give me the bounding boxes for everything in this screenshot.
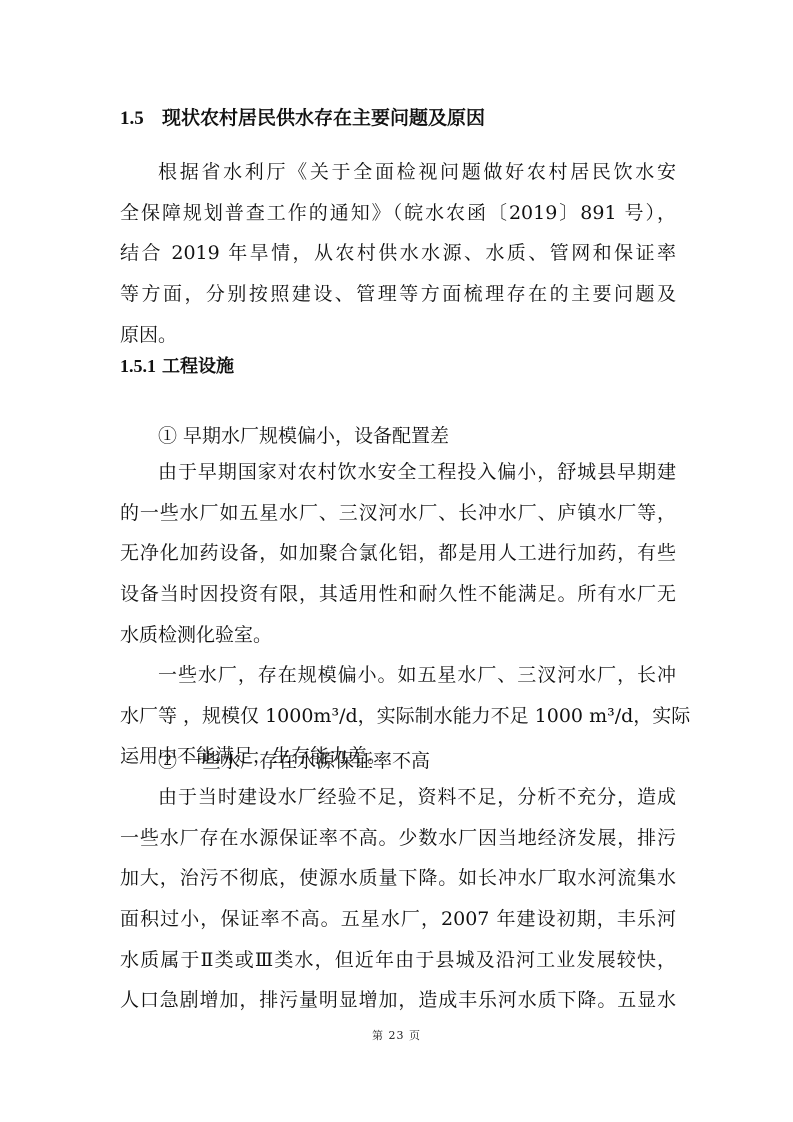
item-1-paragraph-1: 由于早期国家对农村饮水安全工程投入偏小，舒城县早期建 的一些水厂如五星水厂、三汊… xyxy=(120,452,676,655)
intro-paragraph: 根据省水利厅《关于全面检视问题做好农村居民饮水安 全保障规划普查工作的通知》（皖… xyxy=(120,152,676,355)
text-line: 无净化加药设备，如加聚合氯化铝，都是用人工进行加药，有些 xyxy=(120,533,676,574)
text-line: 加大，治污不彻底，使源水质量下降。如长冲水厂取水河流集水 xyxy=(120,858,676,899)
text-line: 水质检测化验室。 xyxy=(120,615,676,656)
text-line: 由于当时建设水厂经验不足，资料不足，分析不充分，造成 xyxy=(120,777,676,818)
text-line: 等方面，分别按照建设、管理等方面梳理存在的主要问题及 xyxy=(120,274,676,315)
text-line: 一些水厂，存在规模偏小。如五星水厂、三汊河水厂，长冲 xyxy=(120,655,676,696)
text-line: 一些水厂存在水源保证率不高。少数水厂因当地经济发展，排污 xyxy=(120,818,676,859)
section-number: 1.5 xyxy=(120,108,162,130)
text-line: 结合 2019 年旱情，从农村供水水源、水质、管网和保证率 xyxy=(120,233,676,274)
text-line: 水质属于Ⅱ类或Ⅲ类水，但近年由于县城及沿河工业发展较快， xyxy=(120,940,676,981)
document-page: 1.5现状农村居民供水存在主要问题及原因 根据省水利厅《关于全面检视问题做好农村… xyxy=(0,0,793,1122)
subsection-number: 1.5.1 xyxy=(120,356,156,376)
section-heading: 1.5现状农村居民供水存在主要问题及原因 xyxy=(120,103,485,130)
item-1-title: ① 早期水厂规模偏小，设备配置差 xyxy=(158,421,449,448)
item-2-paragraph-1: 由于当时建设水厂经验不足，资料不足，分析不充分，造成 一些水厂存在水源保证率不高… xyxy=(120,777,676,1021)
subsection-heading: 1.5.1工程设施 xyxy=(120,352,234,378)
text-line: 原因。 xyxy=(120,315,676,356)
text-line: 根据省水利厅《关于全面检视问题做好农村居民饮水安 xyxy=(120,152,676,193)
page-number: 第 23 页 xyxy=(0,1027,793,1043)
text-line: 全保障规划普查工作的通知》（皖水农函〔2019〕891 号）， xyxy=(120,193,676,234)
text-line: 的一些水厂如五星水厂、三汊河水厂、长冲水厂、庐镇水厂等， xyxy=(120,493,676,534)
subsection-title: 工程设施 xyxy=(162,356,234,377)
text-line: 人口急剧增加，排污量明显增加，造成丰乐河水质下降。五显水 xyxy=(120,980,676,1021)
text-line: 设备当时因投资有限，其适用性和耐久性不能满足。所有水厂无 xyxy=(120,574,676,615)
text-line: 水厂等 ，规模仅 1000m³/d，实际制水能力不足 1000 m³/d，实际 xyxy=(120,696,676,737)
section-title: 现状农村居民供水存在主要问题及原因 xyxy=(162,107,485,129)
text-line: 由于早期国家对农村饮水安全工程投入偏小，舒城县早期建 xyxy=(120,452,676,493)
item-2-title: ② 一些水厂存在水源保证率不高 xyxy=(158,746,430,773)
text-line: 面积过小，保证率不高。五星水厂，2007 年建设初期，丰乐河 xyxy=(120,899,676,940)
